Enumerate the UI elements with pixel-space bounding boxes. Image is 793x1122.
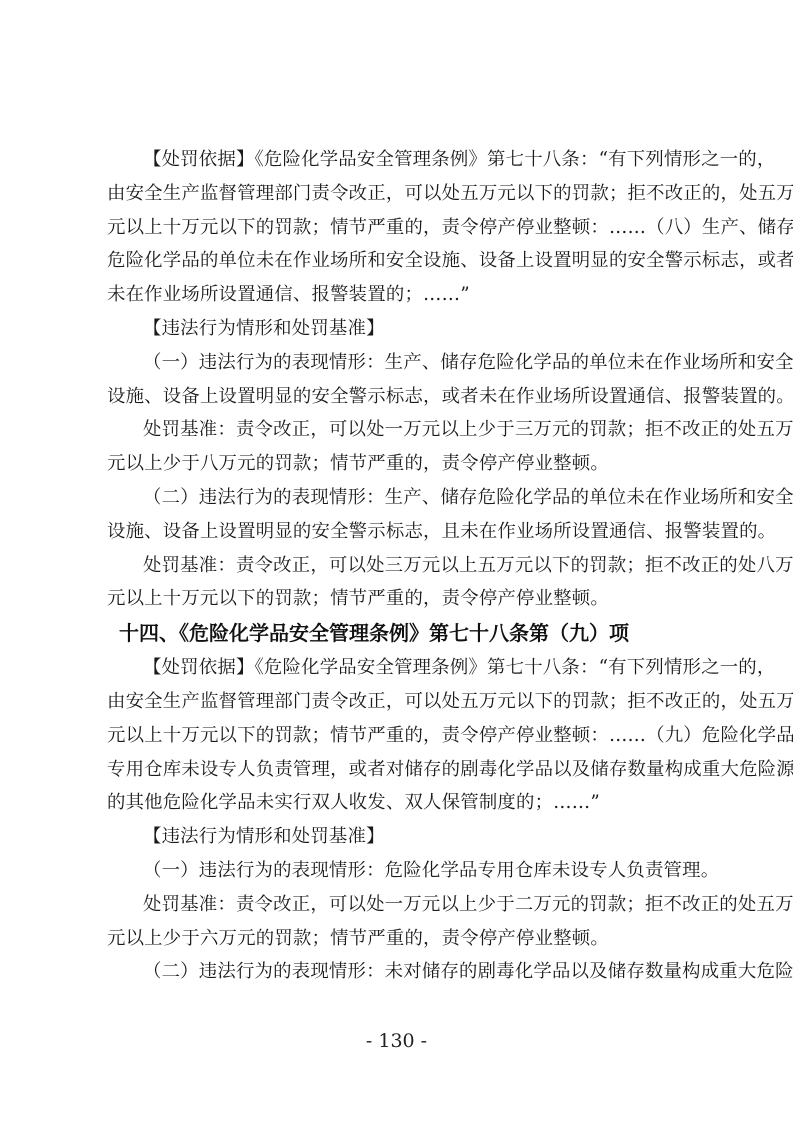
penalty-basis-paragraph-line: 【处罚依据】《危险化学品安全管理条例》第七十八条：“有下列情形之一的， bbox=[107, 143, 697, 177]
penalty-standard-line: 处罚基准：责令改正，可以处一万元以上少于三万元的罚款；拒不改正的处五万 bbox=[107, 413, 697, 447]
violation-case-line: （一）违法行为的表现情形：生产、储存危险化学品的单位未在作业场所和安全 bbox=[107, 346, 697, 380]
penalty-standard-line: 处罚基准：责令改正，可以处三万元以上五万元以下的罚款；拒不改正的处八万 bbox=[107, 549, 697, 583]
penalty-basis-paragraph-line: 专用仓库未设专人负责管理，或者对储存的剧毒化学品以及储存数量构成重大危险源 bbox=[107, 753, 697, 787]
penalty-standard-line: 元以上少于八万元的罚款；情节严重的，责令停产停业整顿。 bbox=[107, 447, 697, 481]
penalty-basis-paragraph-line: 的其他危险化学品未实行双人收发、双人保管制度的；……” bbox=[107, 786, 697, 820]
penalty-basis-paragraph-line: 【处罚依据】《危险化学品安全管理条例》第七十八条：“有下列情形之一的， bbox=[107, 651, 697, 685]
document-body: 【处罚依据】《危险化学品安全管理条例》第七十八条：“有下列情形之一的， 由安全生… bbox=[107, 143, 697, 989]
penalty-standard-line: 处罚基准：责令改正，可以处一万元以上少于二万元的罚款；拒不改正的处五万 bbox=[107, 888, 697, 922]
penalty-standard-line: 元以上十万元以下的罚款；情节严重的，责令停产停业整顿。 bbox=[107, 582, 697, 616]
penalty-basis-paragraph-line: 元以上十万元以下的罚款；情节严重的，责令停产停业整顿：……（九）危险化学品 bbox=[107, 719, 697, 753]
penalty-basis-paragraph-line: 由安全生产监督管理部门责令改正，可以处五万元以下的罚款；拒不改正的，处五万 bbox=[107, 177, 697, 211]
page-number: - 130 - bbox=[0, 1030, 793, 1052]
violation-case-line: 设施、设备上设置明显的安全警示标志，且未在作业场所设置通信、报警装置的。 bbox=[107, 515, 697, 549]
violation-case-line: （一）违法行为的表现情形：危险化学品专用仓库未设专人负责管理。 bbox=[107, 854, 697, 888]
section-label: 【违法行为情形和处罚基准】 bbox=[107, 312, 697, 346]
penalty-standard-line: 元以上少于六万元的罚款；情节严重的，责令停产停业整顿。 bbox=[107, 922, 697, 956]
section-label: 【违法行为情形和处罚基准】 bbox=[107, 820, 697, 854]
penalty-basis-paragraph-line: 未在作业场所设置通信、报警装置的；……” bbox=[107, 278, 697, 312]
penalty-basis-paragraph-line: 元以上十万元以下的罚款；情节严重的，责令停产停业整顿：……（八）生产、储存 bbox=[107, 211, 697, 245]
section-heading: 十四、《危险化学品安全管理条例》第七十八条第（九）项 bbox=[107, 616, 697, 651]
violation-case-line: （二）违法行为的表现情形：生产、储存危险化学品的单位未在作业场所和安全 bbox=[107, 481, 697, 515]
violation-case-line: 设施、设备上设置明显的安全警示标志，或者未在作业场所设置通信、报警装置的。 bbox=[107, 380, 697, 414]
penalty-basis-paragraph-line: 危险化学品的单位未在作业场所和安全设施、设备上设置明显的安全警示标志，或者 bbox=[107, 244, 697, 278]
penalty-basis-paragraph-line: 由安全生产监督管理部门责令改正，可以处五万元以下的罚款；拒不改正的，处五万 bbox=[107, 685, 697, 719]
violation-case-line: （二）违法行为的表现情形：未对储存的剧毒化学品以及储存数量构成重大危险 bbox=[107, 955, 697, 989]
